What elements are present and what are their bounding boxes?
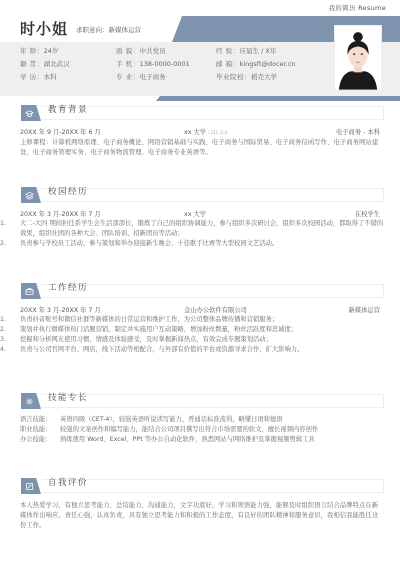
section-title: 工作经历: [48, 281, 88, 293]
work-period: 20XX 年 3 月-20XX 年 7 月: [20, 305, 101, 314]
layers-icon: [21, 187, 41, 203]
campus-role: 在校学生: [355, 209, 380, 218]
campus-row: 20XX 年 3 月-20XX 年 7 月 xx 大学 在校学生: [20, 209, 384, 219]
info-grid: 年 龄：24岁 面 貌：中共党员 经 验：应届生 / X年 籍 贯：湖北武汉 手…: [20, 46, 340, 82]
info-political: 面 貌：中共党员: [116, 46, 216, 56]
info-email: 邮 箱：kingsft@docer.cn: [216, 59, 336, 69]
info-phone: 手 机：138-0000-0001: [116, 59, 216, 69]
list-item: 2.策划并执行微媒体热门话题营销，制定并实施用户互动策略，增加粉丝数量，粉丝活跃…: [0, 325, 384, 335]
info-major: 专 业：电子商务: [116, 72, 216, 82]
list-item: 1.负责抖音账号和微信社群等新媒体的日常运营和维护工作，为公司整体品牌传播和营销…: [0, 315, 384, 325]
section-title: 自我评价: [48, 476, 88, 488]
self-evaluation-text: 本人热爱学习，有独立思考能力、总结能力、沟通能力，文字功底好，学习和领悟能力强，…: [20, 501, 384, 531]
profile-photo: [334, 25, 382, 91]
info-education: 学 历：本科: [20, 72, 116, 82]
section-header: 自我评价: [20, 476, 384, 494]
graduation-cap-icon: [21, 105, 41, 121]
skill-row-office: 办公技能：熟练使用 Word、Excel、PPt 等办公自动化软件，熟悉网站与网…: [20, 435, 384, 445]
education-period: 20XX 年 9 月-20XX 年 6 月: [20, 127, 101, 136]
gear-icon: [21, 393, 41, 409]
info-age: 年 龄：24岁: [20, 46, 116, 56]
work-list: 1.负责抖音账号和微信社群等新媒体的日常运营和维护工作，为公司整体品牌传播和营销…: [0, 315, 384, 355]
job-intent: 求职意向：新媒体运营: [76, 25, 141, 34]
section-title: 技能专长: [48, 391, 88, 403]
education-school: xx 大学 / 211 双非: [184, 127, 228, 136]
info-hometown: 籍 贯：湖北武汉: [20, 59, 116, 69]
header-bottom-stripe: [156, 96, 400, 101]
section-work: 工作经历 20XX 年 3 月-20XX 年 7 月 金山办公软件有限公司 新媒…: [20, 281, 384, 355]
list-item: 1.大二-大四 期间担任系学生会生活部部长，锻炼了自己的组织协调能力，参与组织多…: [0, 219, 384, 239]
campus-list: 1.大二-大四 期间担任系学生会生活部部长，锻炼了自己的组织协调能力，参与组织多…: [0, 219, 384, 249]
section-header-frame: [42, 106, 384, 120]
section-header: 教育背景: [20, 103, 384, 121]
section-campus: 校园经历 20XX 年 3 月-20XX 年 7 月 xx 大学 在校学生 1.…: [20, 185, 384, 249]
section-skills: 技能专长 语言技能：英语四级（CET-4），较强英语听说读写能力，普通话标准流利…: [20, 391, 384, 445]
section-header-frame: [42, 284, 384, 298]
section-title: 教育背景: [48, 103, 88, 115]
education-major: 电子商务 - 本科: [336, 127, 380, 136]
portrait-image: [335, 26, 381, 90]
skill-row-professional: 职业技能：较强的文案创作和编写能力，能结合公司项目撰写出符合市场需要的软文，擅长…: [20, 425, 384, 435]
section-header: 校园经历: [20, 185, 384, 203]
skills-list: 语言技能：英语四级（CET-4），较强英语听说读写能力，普通话标准流利，略懂日语…: [20, 415, 384, 445]
edit-icon: [21, 478, 41, 494]
briefcase-icon: [21, 283, 41, 299]
section-education: 教育背景 20XX 年 9 月-20XX 年 6 月 xx 大学 / 211 双…: [20, 103, 384, 158]
section-title: 校园经历: [48, 185, 88, 197]
section-self-evaluation: 自我评价 本人热爱学习，有独立思考能力、总结能力、沟通能力，文字功底好，学习和领…: [20, 476, 384, 531]
candidate-name: 时小姐: [20, 18, 68, 39]
campus-school: xx 大学: [184, 209, 206, 218]
section-header-frame: [42, 394, 384, 408]
work-role: 新媒体运营: [349, 305, 380, 314]
top-right-label: 我的简历 Resume: [329, 3, 386, 12]
work-row: 20XX 年 3 月-20XX 年 7 月 金山办公软件有限公司 新媒体运营: [20, 305, 384, 315]
section-header: 技能专长: [20, 391, 384, 409]
section-header: 工作经历: [20, 281, 384, 299]
section-header-frame: [42, 188, 384, 202]
list-item: 2.负责参与学校员工活动，参与策划和举办迎接新生晚会、十佳歌手比赛等大型校园文艺…: [0, 239, 384, 249]
list-item: 3.挖掘和分析网友使用习惯，情感及体验感受，及时掌握新闻热点，有效完成专题策划活…: [0, 335, 384, 345]
list-item: 4.负责与公司官网平台、网店，线下活动等相配合，与外部有价值的平台或资源寻求合作…: [0, 345, 384, 355]
education-courses: 主修课程：计算机网络原理、电子商务概论、网络营销基础与实践、电子商务与国际贸易、…: [20, 138, 384, 158]
info-school: 毕业院校：稻壳大学: [216, 72, 336, 82]
skill-row-language: 语言技能：英语四级（CET-4），较强英语听说读写能力，普通话标准流利，略懂日语…: [20, 415, 384, 425]
work-company: 金山办公软件有限公司: [184, 305, 247, 314]
campus-period: 20XX 年 3 月-20XX 年 7 月: [20, 209, 101, 218]
education-row: 20XX 年 9 月-20XX 年 6 月 xx 大学 / 211 双非 电子商…: [20, 127, 384, 137]
section-header-frame: [42, 479, 384, 493]
info-experience: 经 验：应届生 / X年: [216, 46, 336, 56]
